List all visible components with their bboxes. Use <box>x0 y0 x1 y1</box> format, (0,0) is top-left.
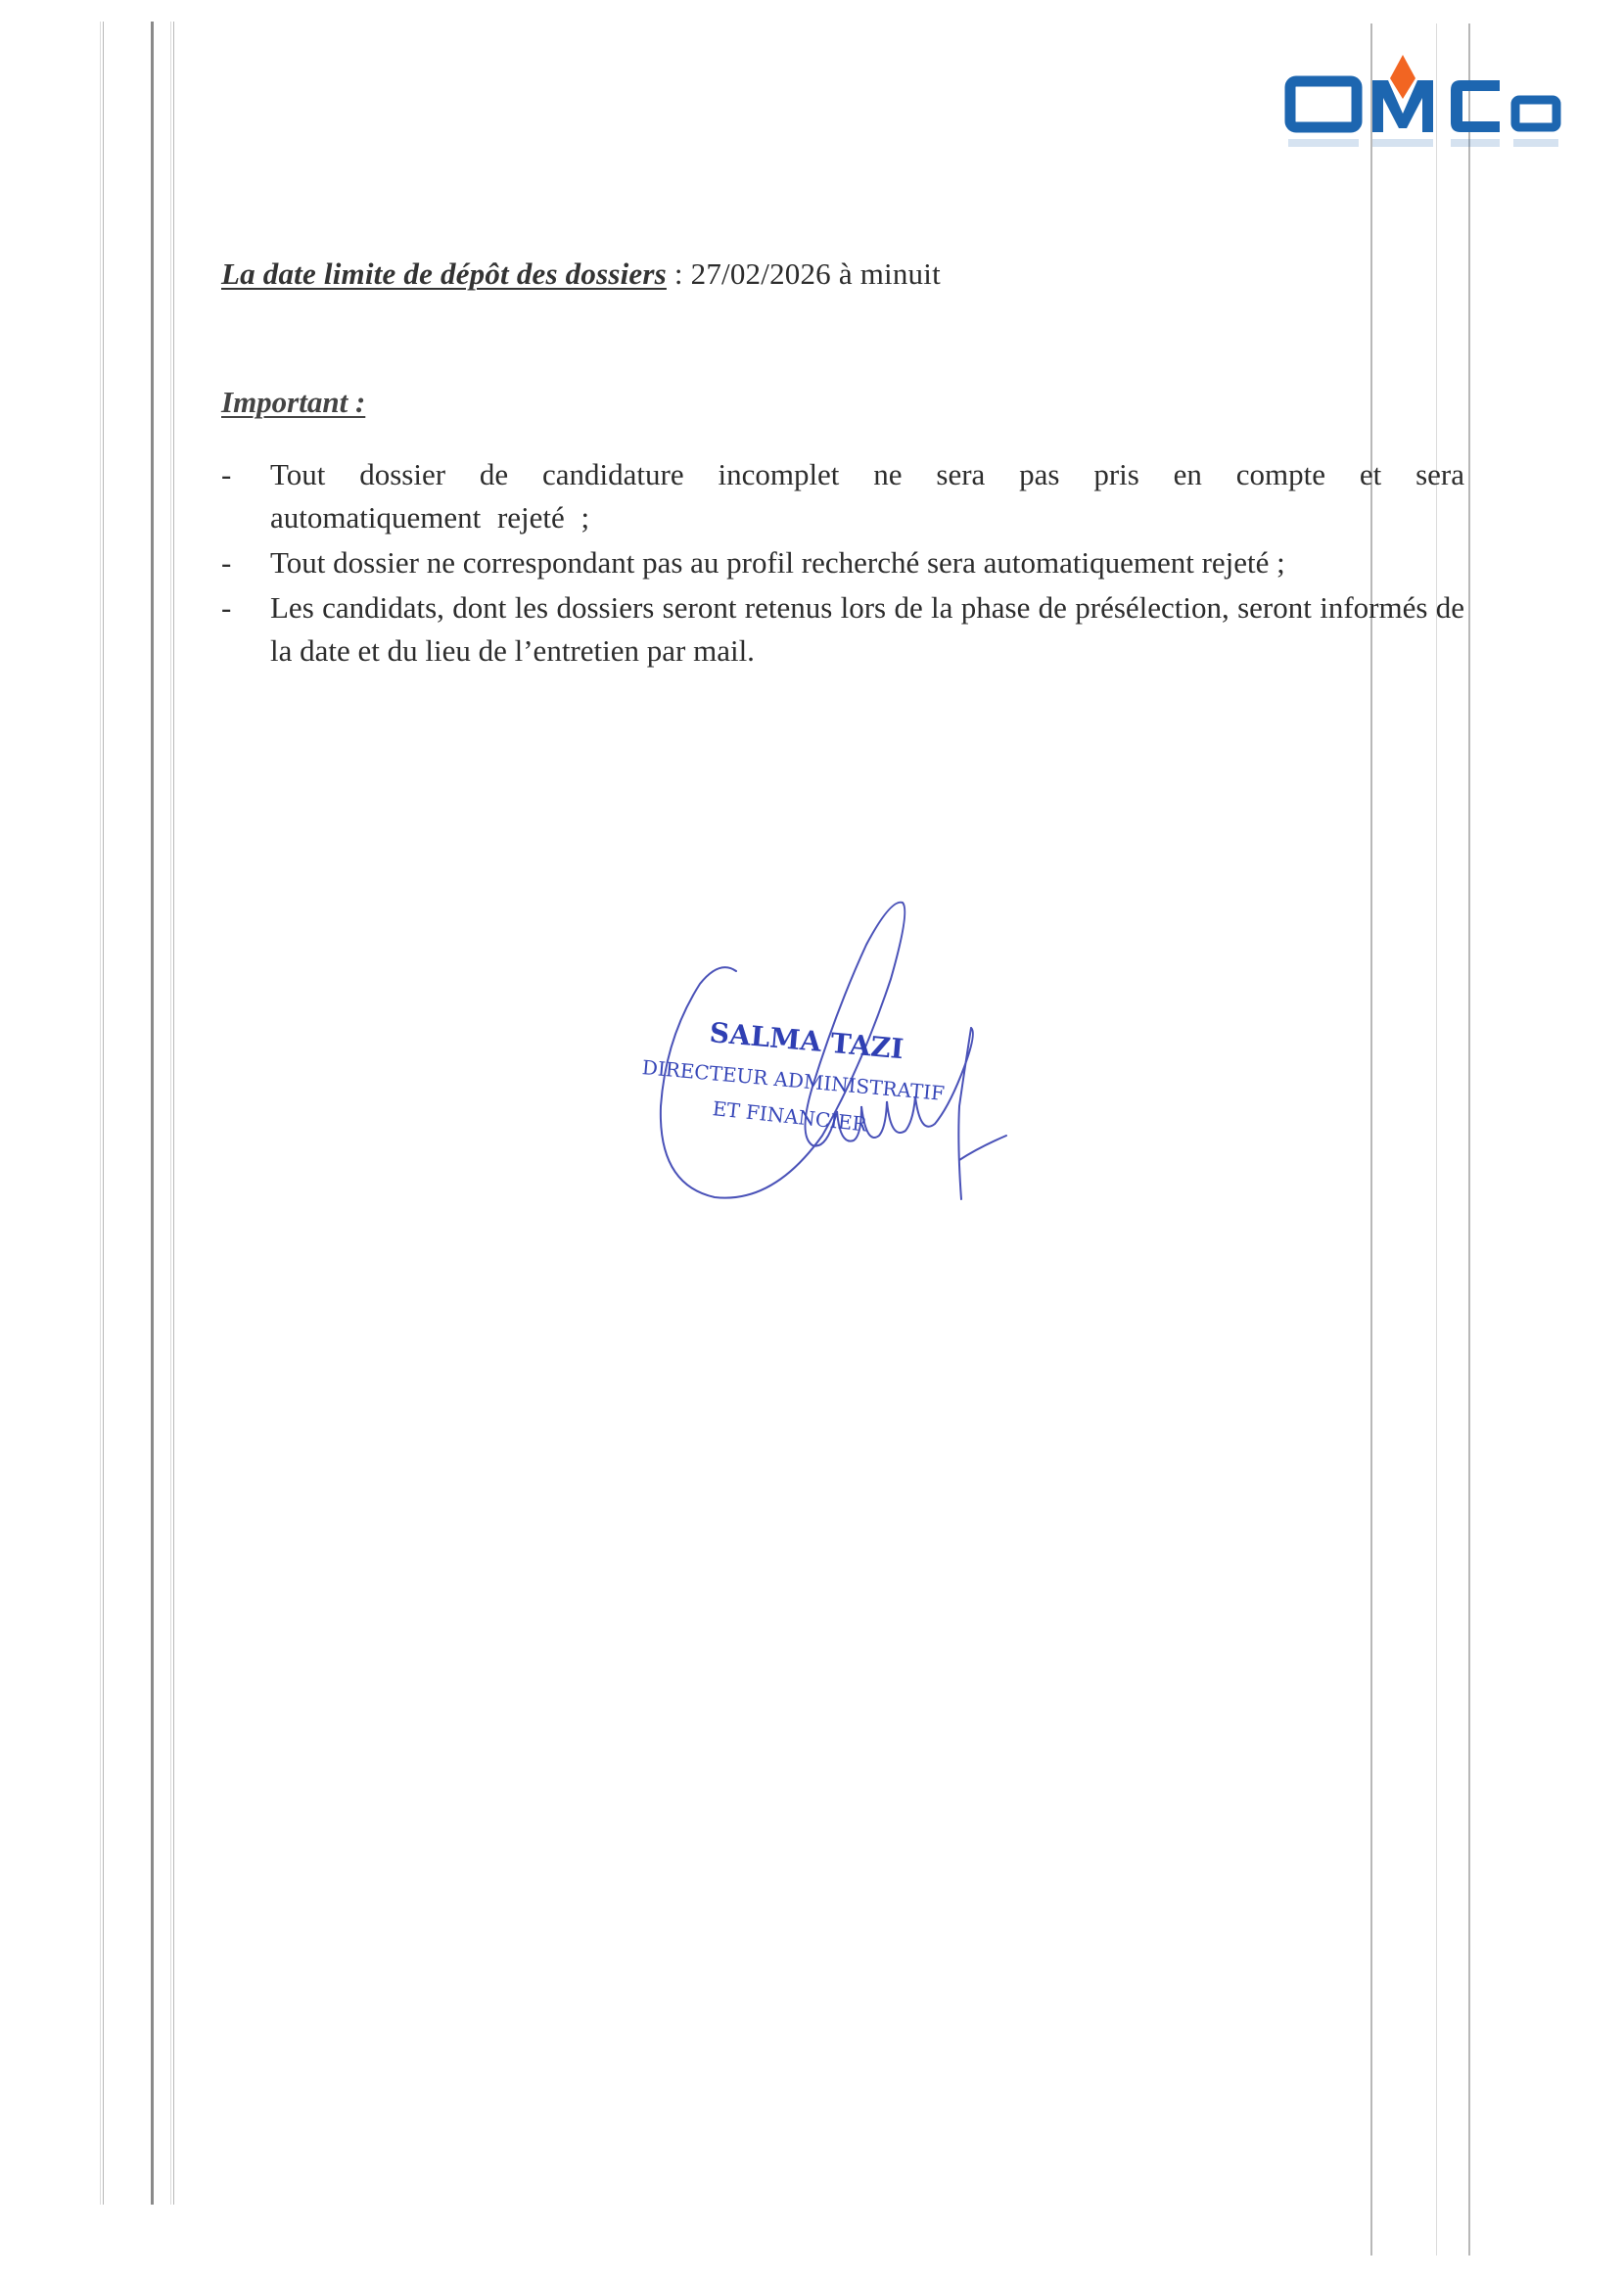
bullet-dash: - <box>221 541 231 584</box>
scan-edge-line <box>1370 23 1372 2256</box>
scan-edge-line <box>100 22 101 2205</box>
scan-edge-line <box>170 22 171 2205</box>
scan-edge-line <box>103 22 104 2205</box>
important-list: - Tout dossier de candidature incomplet … <box>221 453 1464 674</box>
scan-edge-line <box>1436 23 1437 2256</box>
omco-logo-icon <box>1273 37 1566 160</box>
scan-edge-line <box>151 22 154 2205</box>
list-item: - Tout dossier ne correspondant pas au p… <box>221 541 1464 584</box>
list-item-text: Tout dossier de candidature incomplet ne… <box>270 457 1464 535</box>
deadline-line: La date limite de dépôt des dossiers : 2… <box>221 256 941 292</box>
list-item-text: Tout dossier ne correspondant pas au pro… <box>270 545 1285 580</box>
company-logo <box>1273 37 1566 160</box>
bullet-dash: - <box>221 453 231 496</box>
scan-edge-line <box>173 22 174 2205</box>
deadline-value: 27/02/2026 à minuit <box>691 256 941 291</box>
list-item-text: Les candidats, dont les dossiers seront … <box>270 590 1464 668</box>
important-heading: Important : <box>221 385 365 420</box>
scan-edge-line <box>1468 23 1470 2256</box>
list-item: - Tout dossier de candidature incomplet … <box>221 453 1464 539</box>
list-item: - Les candidats, dont les dossiers seron… <box>221 586 1464 673</box>
deadline-separator: : <box>667 256 691 291</box>
deadline-label: La date limite de dépôt des dossiers <box>221 256 667 291</box>
bullet-dash: - <box>221 586 231 629</box>
signature-stamp: SALMA TAZI DIRECTEUR ADMINISTRATIF ET FI… <box>626 901 1067 1224</box>
